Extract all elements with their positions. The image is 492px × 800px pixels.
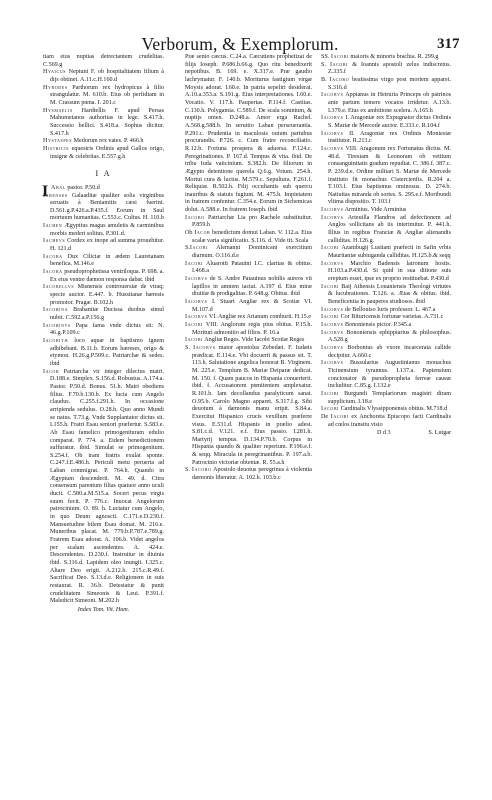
headword: Histricis [43, 146, 69, 152]
headword: Iacobvs [321, 131, 343, 137]
entry-text: Angliæ Reges. Vide Iacobi Scotiæ Reges [203, 337, 304, 343]
index-entry: B. Iacobo beatissima virgo post mortem a… [321, 77, 451, 92]
entry-prefix: Ob [185, 230, 194, 236]
index-entry: SS. Iacobi maioris & minoris brachia. R.… [321, 54, 451, 62]
entry-prefix: S. [321, 62, 330, 68]
index-entry: Hyaicus Neptuni F. ob hospitalitatem fil… [43, 69, 164, 84]
headword: Iacobvs [185, 299, 207, 305]
entry-text: Brabantiæ Ducissa duobus simul nubit. C.… [50, 307, 164, 321]
index-entry: Iacobina Brabantiæ Ducissa duobus simul … [43, 307, 164, 322]
headword: Iacobi [321, 391, 339, 397]
entry-prefix: B. [321, 77, 330, 83]
headword: Iacobi [185, 261, 203, 267]
entry-text: Neptuni F. ob hospitalitatem filium à di… [50, 69, 164, 83]
entry-text: VIII. Aragonum rex Fortunatus dictus. M.… [328, 146, 451, 206]
headword: Iacobitæ [43, 338, 68, 344]
index-entry: S. Iacobo Apostolo deuotus peregrinus à … [185, 467, 312, 482]
index-entry: S. Iacobvs maior apostolus Zebedæi. F. I… [185, 345, 312, 468]
headword: Iacobvs [321, 215, 343, 221]
index-entry: Ob Iacob benedictum domui Laban. V. 112.… [185, 230, 312, 245]
index-entry: Iacoba Dux Ciliciæ in ædem Lauretanam be… [43, 254, 164, 269]
headword: Iacobvs [321, 115, 343, 121]
index-entry: Iacobvs Arminius. Vide Arminius [321, 207, 451, 215]
entry-text: de S. Andre Patauinus nobilis aureos vti… [192, 276, 312, 297]
headword: Iacobi [321, 284, 339, 290]
index-entry: Hysmaelis Hardtellis F. apud Persas Mahu… [43, 108, 164, 139]
entry-text: Bononiensis pictor. P.345.a [343, 322, 411, 328]
index-entry: Iacobi Angliæ Reges. Vide Iacobi Scotiæ … [185, 337, 312, 345]
index-entry: Hyrodes Parthorum rex hydropicus à filio… [43, 85, 164, 108]
index-entry: Iacobo Patriarchæ Lia pro Rachele substi… [185, 215, 312, 230]
entry-text: VIII. Anglorum regis pius obitus. P.15.h… [192, 322, 312, 336]
index-entry: Iacobvs Bussularius Augustinianus monach… [321, 360, 451, 391]
headword: Iacobi [331, 54, 349, 60]
index-entries: Iacobo Patriarchæ Lia pro Rachele substi… [185, 215, 312, 483]
index-entry: Iacobinvs Papa fama vnde dictus sit: N. … [43, 323, 164, 338]
index-entry: Iacobvs Appianus in Hetruria Princeps ob… [321, 92, 451, 115]
running-head: Verborum, & Exemplorum. [140, 34, 340, 54]
index-entry: Histricis equestris Ordinis apud Gallos … [43, 146, 164, 161]
entry-text: de Bellouiso Iuris professor. L. 467.a [343, 307, 435, 313]
index-entries: SS. Iacobi maioris & minoris brachia. R.… [321, 54, 451, 429]
headword: Iacobinvs [43, 323, 71, 329]
middle-column: Præ senio cæcus. C.24.a. Cæcutiens proph… [185, 54, 312, 483]
headword: Iacobi [331, 414, 349, 420]
index-entry: Hystaspes Medorum rex vates. P. 466.h [43, 138, 164, 146]
index-entry: Iacobi Cor Bituricensis fortunæ varietas… [321, 314, 451, 322]
book-page: Verborum, & Exemplorum. 317 tiam eius nu… [0, 0, 492, 800]
entry-text: Borbonius ab vxore incarcerata callide d… [328, 345, 451, 359]
entry-text: Patriarchæ Lia pro Rachele substituitur.… [192, 215, 312, 229]
headword: Iacobellvs [43, 284, 74, 290]
drop-cap: I [42, 185, 48, 199]
entry-prefix: SS. [321, 54, 331, 60]
headword: Iacobvs [321, 345, 343, 351]
index-entry-first: IAbal pastor. P.50.d [43, 185, 164, 193]
entry-text: Cardinalis Vlyssipponensis obitus. M.718… [339, 406, 447, 412]
headword: Hystaspes [43, 138, 72, 144]
entry-text: pastor. P.50.d [66, 185, 100, 191]
headword: Iacobvs [321, 261, 343, 267]
headword: Iacobvs [321, 92, 343, 98]
index-entry: Iacobvs I. Stuart Angliæ rex & Scotiæ VI… [185, 299, 312, 314]
section-heading: I A [43, 170, 164, 178]
footer-line: Index Tom. Vit. Hum. [43, 607, 164, 615]
headword: Iacobvs [321, 360, 343, 366]
index-entry: Iacobvs I. Aragoniæ rex Expugnator dictu… [321, 115, 451, 130]
entry-text: Dux Ciliciæ in ædem Lauretanam benefica.… [50, 254, 164, 268]
entry-text: loco aquæ in baptismo ignem adhibebant. … [50, 338, 164, 367]
headword: Hyaicus [43, 69, 66, 75]
entry-text: Bononiensis ephippiarius & philosophus. … [328, 330, 451, 344]
entry-text: Cordex ex inope ad summa prouehitur. H. … [50, 238, 164, 252]
headword: Iacobi [185, 337, 203, 343]
headword: Iacobvs [185, 314, 207, 320]
left-column: tiam eius nuptias detrectantem crudelita… [43, 54, 164, 615]
entry-prefix: S. [185, 467, 192, 473]
headword: Iacoba [43, 254, 63, 260]
index-entry: Iacobi Azambugij Lusitani præfecti in Sa… [321, 245, 451, 260]
headword: Iacobi [330, 62, 348, 68]
index-entry: Iacobvs II. Aragoniæ rex Ordinis Montesi… [321, 131, 451, 146]
entry-text: Marchio Badensis latronum hostis. H.103.… [328, 261, 451, 282]
headword: Iacob [194, 230, 210, 236]
page-signature-line: D d 3 S. Lutgar [321, 430, 451, 438]
headword: Iacobvs [321, 330, 343, 336]
headword: Iacobvs [321, 307, 343, 313]
index-entry: S.Iacobi Alemanni Dominicani exercitium … [185, 245, 312, 260]
index-entry: Iacobvs Borbonius ab vxore incarcerata c… [321, 345, 451, 360]
index-entries: Iabenses Galaaditæ qualiter solis virgin… [43, 193, 164, 606]
catchword: S. Lutgar [428, 430, 451, 438]
entries-before-section: Hyaicus Neptuni F. ob hospitalitatem fil… [43, 69, 164, 161]
index-entry: Iacobi Burgundi Templariorum magistri di… [321, 391, 451, 406]
right-column: SS. Iacobi maioris & minoris brachia. R.… [321, 54, 451, 438]
entry-text: Arteuilla Flandros ad defectionem ad Ang… [328, 215, 451, 244]
headword: Iacobo [185, 215, 205, 221]
headword: Iacobvs [321, 207, 343, 213]
entry-text: Arminius. Vide Arminius [343, 207, 406, 213]
index-entry: Iacobi Baij Athensis Louaniensis Theolog… [321, 284, 451, 307]
index-entry: Iacobi Aluarotti Patauini I.C. claritas … [185, 261, 312, 276]
headword: Iacobi [185, 322, 203, 328]
entry-text: benedictum domui Laban. V. 112.a. Eius s… [192, 230, 312, 244]
entry-text: I. Stuart Angliæ rex & Scotiæ VI. M.107.… [192, 299, 312, 313]
index-entry: Iacobi VIII. Anglorum regis pius obitus.… [185, 322, 312, 337]
index-entry: Iacobvs Marchio Badensis latronum hostis… [321, 261, 451, 284]
entry-text: Appianus in Hetruria Princeps ob patrino… [328, 92, 451, 113]
headword: Iacobvs [185, 276, 207, 282]
entry-text: VI. Angliæ rex Arianum comburit. H.15.e [207, 314, 310, 320]
index-entry: Iacobvs de S. Andre Patauinus nobilis au… [185, 276, 312, 299]
entry-text: Baij Athensis Louaniensis Theologi virtu… [328, 284, 451, 305]
index-entry: Iacobvs Arteuilla Flandros ad defectione… [321, 215, 451, 246]
entry-text: Galaaditæ qualiter solis virginibus seru… [50, 193, 164, 222]
continuation-text: Præ senio cæcus. C.24.a. Cæcutiens proph… [185, 54, 312, 215]
entry-text: I. Aragoniæ rex Expugnator dictus Ordini… [328, 115, 451, 129]
headword: Iacob [43, 369, 59, 375]
index-entry: Iacobvs VI. Angliæ rex Arianum comburit.… [185, 314, 312, 322]
index-entry: Iacobi Cardinalis Vlyssipponensis obitus… [321, 406, 451, 414]
entry-text: II. Aragoniæ rex Ordinis Montesiæ instit… [328, 131, 451, 145]
entry-text: maior apostolus Zebedæi. F. Iudæis prædi… [192, 345, 312, 466]
headword: Iacobvs [321, 322, 343, 328]
entry-text: Alemanni Dominicani exercitium diarnum. … [192, 245, 312, 259]
index-entry: S. Iacobi & Ioannis apostoli zelus indis… [321, 62, 451, 77]
continuation-text: tiam eius nuptias detrectantem crudelita… [43, 54, 164, 69]
headword: Iacobvs [321, 146, 343, 152]
index-entry: Iacobvs Bononiensis ephippiarius & philo… [321, 330, 451, 345]
index-entry: De Iacobi ex Anchoreta Episcopo facti Ca… [321, 414, 451, 429]
index-entry: Iacobellvs Misnensis controuersiæ de vtr… [43, 284, 164, 307]
index-entry: Iachevs Cordex ex inope ad summa prouehi… [43, 238, 164, 253]
headword: Abal [51, 185, 66, 191]
entry-prefix: S. [185, 345, 193, 351]
headword: Iacobina [43, 307, 68, 313]
entry-text: Burgundi Templariorum magistri diram sup… [328, 391, 451, 405]
signature-mark: D d 3 [377, 430, 391, 438]
index-entry: Iacobvs Bononiensis pictor. P.345.a [321, 322, 451, 330]
headword: Iacobi [321, 406, 339, 412]
entry-text: Azambugij Lusitani præfecti in Safin vrb… [328, 245, 451, 259]
headword: Iachevs [43, 238, 65, 244]
entry-text: pseudoprophetissa ventriloqua. P. 698. a… [50, 269, 164, 283]
headword: Hyrodes [43, 85, 68, 91]
headword: Iacobo [330, 77, 350, 83]
entry-text: Ægyptius magus amuletis & carminibus mor… [50, 223, 164, 237]
headword: Iacobi [321, 245, 339, 251]
entry-text: Cor Bituricensis fortunæ varietas. A.731… [339, 314, 443, 320]
entry-text: Patriarcha vir integer dilectus matri. D… [50, 369, 164, 605]
index-entry: Iabenses Galaaditæ qualiter solis virgin… [43, 193, 164, 224]
entry-text: Medorum rex vates. P. 466.h [72, 138, 143, 144]
entry-prefix: De [321, 414, 331, 420]
headword: Iacobo [192, 467, 212, 473]
entry-text: Aluarotti Patauini I.C. claritas & obitu… [192, 261, 312, 275]
entry-text: maioris & minoris brachia. R. 299.g [349, 54, 439, 60]
index-entry: Iacobitæ loco aquæ in baptismo ignem adh… [43, 338, 164, 369]
entry-text: Parthorum rex hydropicus à filio strangu… [50, 85, 164, 106]
index-entry: Iacobvs VIII. Aragonum rex Fortunatus di… [321, 146, 451, 207]
headword: Iacobvs [193, 345, 215, 351]
page-number: 317 [437, 36, 460, 53]
index-entry: Iacob Patriarcha vir integer dilectus ma… [43, 369, 164, 606]
headword: Iachen [43, 223, 62, 229]
index-entry: Iachen Ægyptius magus amuletis & carmini… [43, 223, 164, 238]
entry-text: Bussularius Augustinianus monachus Ticin… [328, 360, 451, 389]
headword: Iacoba [43, 269, 63, 275]
headword: Iacobi [321, 314, 339, 320]
headword: Iacobi [190, 245, 208, 251]
index-entry: Iacoba pseudoprophetissa ventriloqua. P.… [43, 269, 164, 284]
headword: Hysmaelis [43, 108, 73, 114]
